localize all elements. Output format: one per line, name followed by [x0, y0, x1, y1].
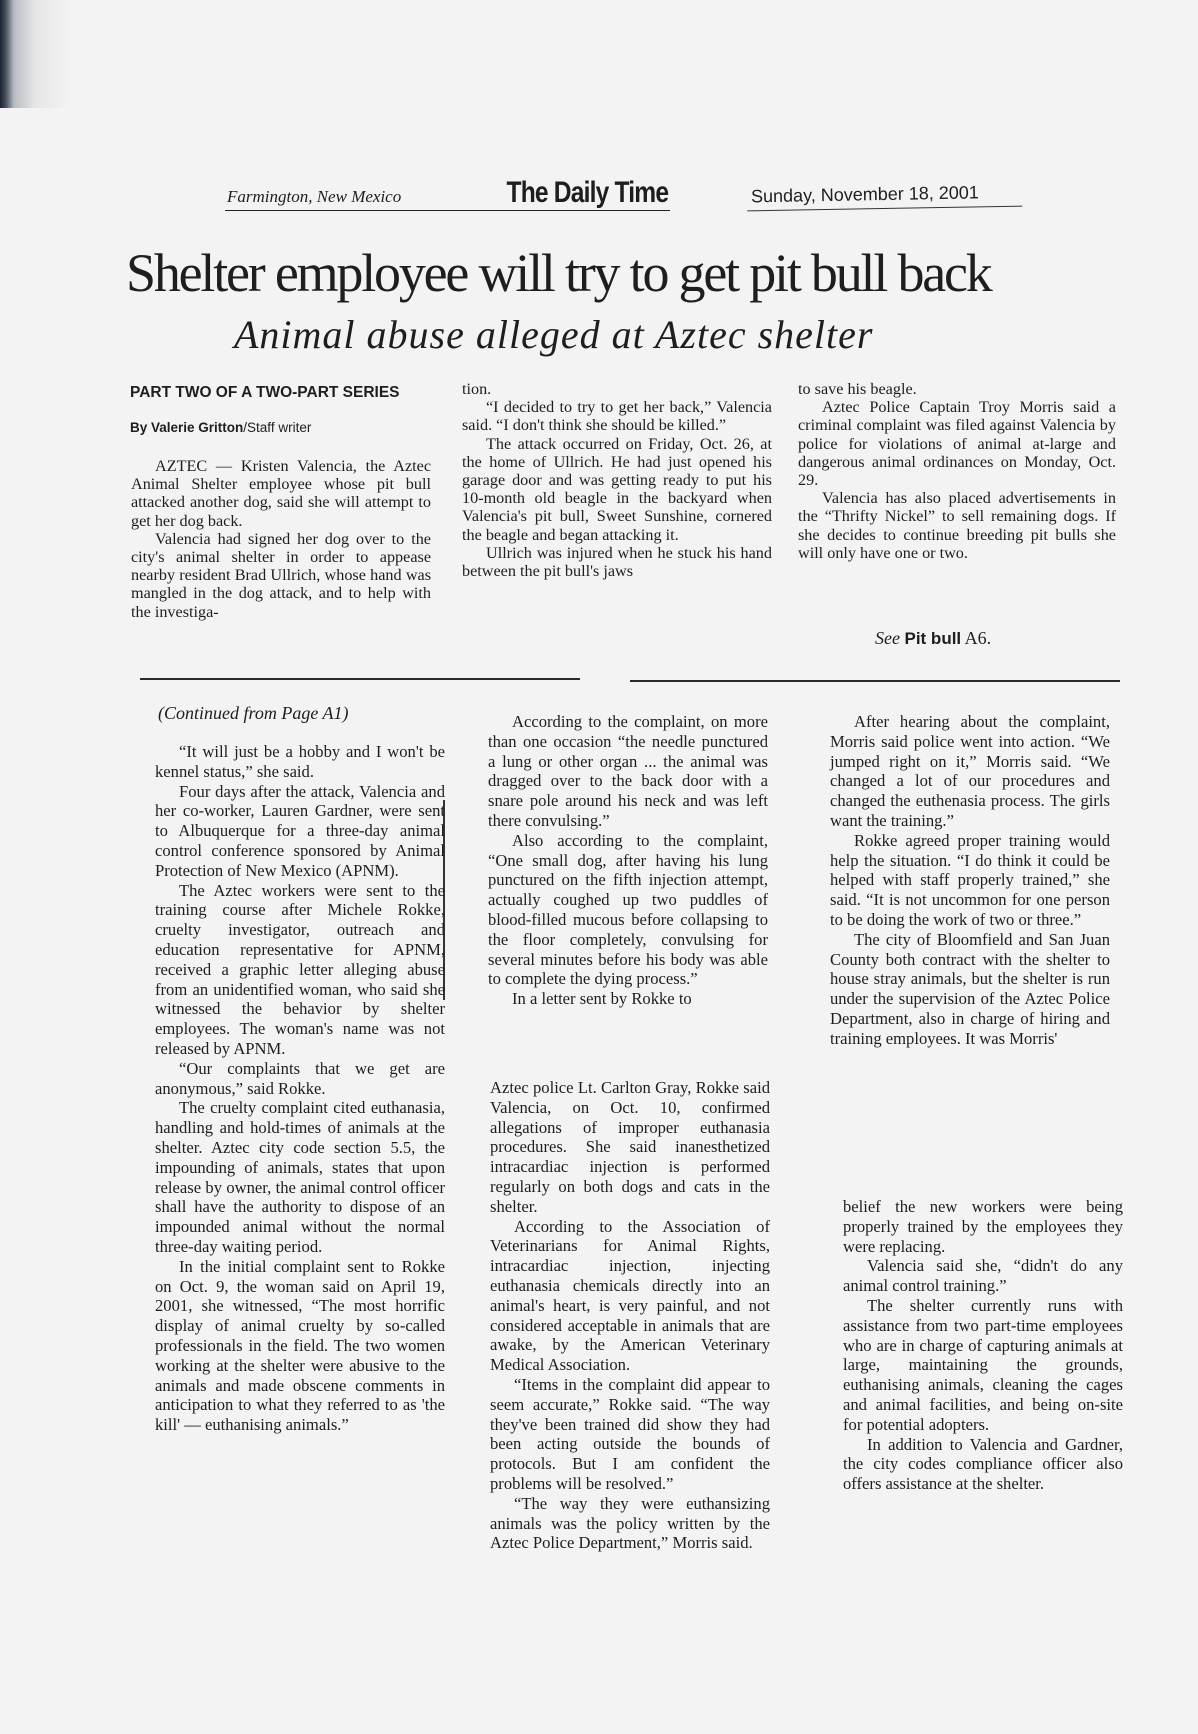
paragraph: In the initial complaint sent to Rokke o… — [155, 1257, 445, 1435]
front-column-1: AZTEC — Kristen Valencia, the Aztec Anim… — [131, 457, 431, 621]
continued-label: (Continued from Page A1) — [158, 703, 348, 724]
paragraph-continuation: belief the new workers were being proper… — [843, 1197, 1123, 1256]
paragraph: Valencia said she, “didn't do any animal… — [843, 1256, 1123, 1296]
headline: Shelter employee will try to get pit bul… — [126, 243, 1116, 303]
jump-see: See — [875, 628, 900, 648]
paragraph: The city of Bloomfield and San Juan Coun… — [830, 930, 1110, 1049]
paragraph: “It will just be a hobby and I won't be … — [155, 742, 445, 782]
newspaper-name: The Daily Time — [506, 176, 668, 210]
paragraph: In a letter sent by Rokke to — [488, 989, 768, 1009]
masthead: Farmington, New Mexico The Daily Time — [225, 176, 670, 211]
paragraph: Also according to the complaint, “One sm… — [488, 831, 768, 989]
paragraph: The cruelty complaint cited euthanasia, … — [155, 1098, 445, 1256]
jump-column-3-top: After hearing about the complaint, Morri… — [830, 712, 1110, 1049]
jump-keyword: Pit bull — [904, 629, 961, 648]
paragraph: The attack occurred on Friday, Oct. 26, … — [462, 435, 772, 544]
series-label: PART TWO OF A TWO-PART SERIES — [130, 384, 400, 402]
paragraph: AZTEC — Kristen Valencia, the Aztec Anim… — [131, 457, 431, 530]
paragraph: According to the complaint, on more than… — [488, 712, 768, 831]
byline-author: By Valerie Gritton — [130, 420, 243, 435]
paragraph: According to the Association of Veterina… — [490, 1217, 770, 1375]
dateline: Sunday, November 18, 2001 — [747, 174, 1023, 212]
paragraph: Rokke agreed proper training would help … — [830, 831, 1110, 930]
section-divider — [140, 678, 580, 680]
front-column-3: to save his beagle. Aztec Police Captain… — [798, 380, 1116, 562]
jump-column-3-bottom: belief the new workers were being proper… — [843, 1197, 1123, 1494]
paragraph: Four days after the attack, Valencia and… — [155, 782, 445, 881]
paragraph: “The way they were euthansizing animals … — [490, 1494, 770, 1553]
jump-column-1: “It will just be a hobby and I won't be … — [155, 742, 445, 1435]
section-divider — [630, 680, 1120, 682]
paragraph-continuation: to save his beagle. — [798, 380, 1116, 398]
paragraph: “I decided to try to get her back,” Vale… — [462, 398, 772, 434]
jump-column-2-top: According to the complaint, on more than… — [488, 712, 768, 1009]
jump-page: A6. — [965, 628, 992, 648]
paragraph: The shelter currently runs with assistan… — [843, 1296, 1123, 1435]
paragraph: Valencia has also placed advertisements … — [798, 489, 1116, 562]
paragraph: After hearing about the complaint, Morri… — [830, 712, 1110, 831]
byline: By Valerie Gritton/Staff writer — [130, 420, 311, 435]
paragraph: “Items in the complaint did appear to se… — [490, 1375, 770, 1494]
paragraph-continuation: tion. — [462, 380, 772, 398]
paragraph: Aztec Police Captain Troy Morris said a … — [798, 398, 1116, 489]
masthead-location: Farmington, New Mexico — [227, 187, 401, 207]
paragraph: Valencia had signed her dog over to the … — [131, 530, 431, 621]
jump-column-2-bottom: Aztec police Lt. Carlton Gray, Rokke sai… — [490, 1078, 770, 1553]
paragraph: In addition to Valencia and Gardner, the… — [843, 1435, 1123, 1494]
scan-shadow-edge — [0, 0, 70, 108]
subheadline: Animal abuse alleged at Aztec shelter — [234, 312, 873, 358]
paragraph: The Aztec workers were sent to the train… — [155, 881, 445, 1059]
byline-role: /Staff writer — [243, 420, 311, 435]
front-column-2: tion. “I decided to try to get her back,… — [462, 380, 772, 580]
paragraph-continuation: Aztec police Lt. Carlton Gray, Rokke sai… — [490, 1078, 770, 1217]
publication-date: Sunday, November 18, 2001 — [751, 182, 979, 207]
jump-reference: See Pit bull A6. — [875, 628, 991, 649]
paragraph: “Our complaints that we get are anonymou… — [155, 1059, 445, 1099]
paragraph: Ullrich was injured when he stuck his ha… — [462, 544, 772, 580]
